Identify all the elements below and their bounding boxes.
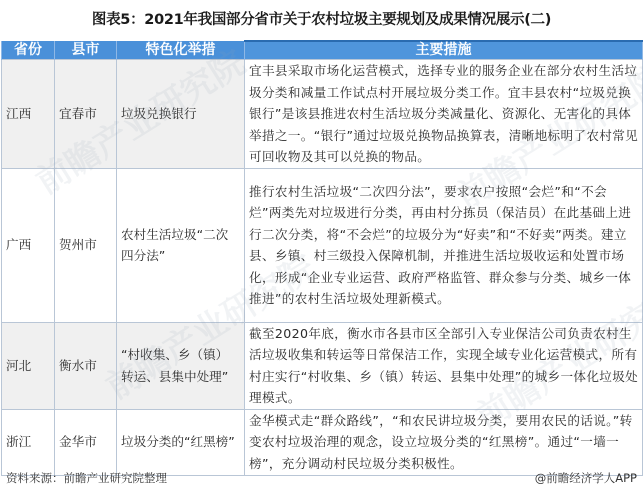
cell-city: 贺州市 — [55, 168, 117, 322]
cell-feature: 农村生活垃圾“二次四分法” — [117, 168, 245, 322]
cell-city: 衡水市 — [55, 322, 117, 409]
source-note: 资料来源：前瞻产业研究院整理 — [6, 470, 167, 486]
cell-measures: 截至2020年底，衡水市各县市区全部引入专业保洁公司负责农村生活垃圾收集和转运等… — [245, 322, 643, 409]
header-city: 县市 — [55, 41, 117, 60]
cell-feature: 垃圾分类的“红黑榜” — [117, 409, 245, 475]
cell-province: 广西 — [2, 168, 55, 322]
cell-feature: 垃圾兑换银行 — [117, 60, 245, 169]
measures-table: 省份 县市 特色化举措 主要措施 江西 宜春市 垃圾兑换银行 宜丰县采取市场化运… — [1, 40, 643, 476]
header-province: 省份 — [2, 41, 55, 60]
table-row: 河北 衡水市 “村收集、乡（镇）转运、县集中处理” 截至2020年底，衡水市各县… — [2, 322, 643, 409]
cell-feature: “村收集、乡（镇）转运、县集中处理” — [117, 322, 245, 409]
cell-city: 宜春市 — [55, 60, 117, 169]
cell-measures: 金华模式走“群众路线”，“和农民讲垃圾分类，要用农民的话说。”转变农村垃圾治理的… — [245, 409, 643, 475]
cell-province: 江西 — [2, 60, 55, 169]
table-header-row: 省份 县市 特色化举措 主要措施 — [2, 41, 643, 60]
chart-title: 图表5：2021年我国部分省市关于农村垃圾主要规划及成果情况展示(二) — [0, 8, 643, 29]
table-row: 浙江 金华市 垃圾分类的“红黑榜” 金华模式走“群众路线”，“和农民讲垃圾分类，… — [2, 409, 643, 475]
table-row: 江西 宜春市 垃圾兑换银行 宜丰县采取市场化运营模式，选择专业的服务企业在部分农… — [2, 60, 643, 169]
header-measures: 主要措施 — [245, 41, 643, 60]
credit-note: @前瞻经济学人APP — [535, 470, 637, 486]
cell-measures: 推行农村生活垃圾“二次四分法”，要求农户按照“会烂”和“不会烂”两类先对垃圾进行… — [245, 168, 643, 322]
cell-province: 浙江 — [2, 409, 55, 475]
header-feature: 特色化举措 — [117, 41, 245, 60]
cell-city: 金华市 — [55, 409, 117, 475]
cell-measures: 宜丰县采取市场化运营模式，选择专业的服务企业在部分农村生活垃圾分类和减量工作试点… — [245, 60, 643, 169]
table-row: 广西 贺州市 农村生活垃圾“二次四分法” 推行农村生活垃圾“二次四分法”，要求农… — [2, 168, 643, 322]
cell-province: 河北 — [2, 322, 55, 409]
